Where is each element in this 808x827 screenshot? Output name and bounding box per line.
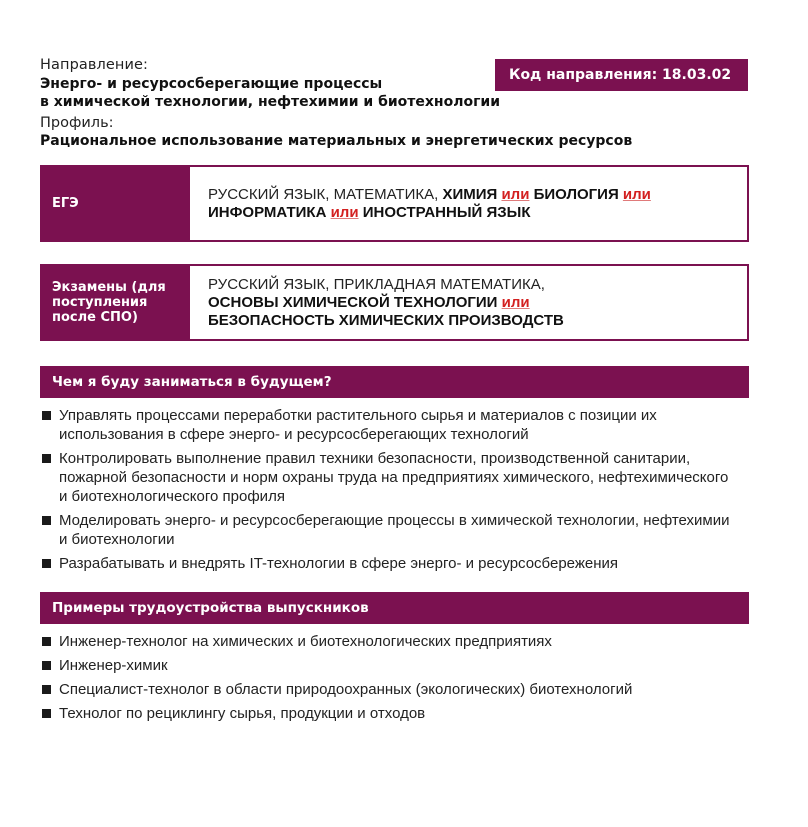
spo-required-subjects: РУССКИЙ ЯЗЫК, ПРИКЛАДНАЯ МАТЕМАТИКА,	[208, 276, 747, 294]
list-item: Разрабатывать и внедрять IT-технологии в…	[40, 554, 740, 573]
ege-subjects: РУССКИЙ ЯЗЫК, МАТЕМАТИКА, ХИМИЯ или БИОЛ…	[190, 167, 747, 240]
profile-label: Профиль:	[40, 115, 114, 131]
square-bullet-icon	[42, 685, 51, 694]
future-activities-list: Управлять процессами переработки растите…	[40, 406, 740, 578]
job-examples-list: Инженер-технолог на химических и биотехн…	[40, 632, 740, 728]
or-word: или	[331, 204, 359, 221]
direction-name-line2: в химической технологии, нефтехимии и би…	[40, 93, 500, 111]
list-item: Инженер-химик	[40, 656, 740, 675]
spo-subjects-line2: ОСНОВЫ ХИМИЧЕСКОЙ ТЕХНОЛОГИИ или	[208, 294, 747, 312]
ege-requirements-box: ЕГЭ РУССКИЙ ЯЗЫК, МАТЕМАТИКА, ХИМИЯ или …	[40, 165, 749, 242]
square-bullet-icon	[42, 516, 51, 525]
square-bullet-icon	[42, 709, 51, 718]
list-item: Управлять процессами переработки растите…	[40, 406, 740, 444]
spo-exams-box: Экзамены (для поступления после СПО) РУС…	[40, 264, 749, 341]
spo-label: Экзамены (для поступления после СПО)	[42, 266, 190, 339]
list-item: Специалист-технолог в области природоохр…	[40, 680, 740, 699]
or-word: или	[502, 294, 530, 311]
list-item: Технолог по рециклингу сырья, продукции …	[40, 704, 740, 723]
subject-foreign-language: ИНОСТРАННЫЙ ЯЗЫК	[363, 204, 531, 221]
direction-name: Энерго- и ресурсосберегающие процессы в …	[40, 75, 500, 111]
subject-chem-tech-basics: ОСНОВЫ ХИМИЧЕСКОЙ ТЕХНОЛОГИИ	[208, 294, 497, 311]
jobs-section-header: Примеры трудоустройства выпускников	[40, 592, 749, 624]
direction-name-line1: Энерго- и ресурсосберегающие процессы	[40, 75, 500, 93]
spo-subjects: РУССКИЙ ЯЗЫК, ПРИКЛАДНАЯ МАТЕМАТИКА, ОСН…	[190, 266, 747, 339]
profile-name: Рациональное использование материальных …	[40, 133, 632, 149]
subject-chem-safety: БЕЗОПАСНОСТЬ ХИМИЧЕСКИХ ПРОИЗВОДСТВ	[208, 312, 564, 329]
square-bullet-icon	[42, 411, 51, 420]
subject-informatics: ИНФОРМАТИКА	[208, 204, 326, 221]
ege-subjects-line1: РУССКИЙ ЯЗЫК, МАТЕМАТИКА, ХИМИЯ или БИОЛ…	[208, 186, 747, 204]
ege-required-subjects: РУССКИЙ ЯЗЫК, МАТЕМАТИКА,	[208, 186, 442, 203]
square-bullet-icon	[42, 454, 51, 463]
ege-subjects-line2: ИНФОРМАТИКА или ИНОСТРАННЫЙ ЯЗЫК	[208, 204, 747, 222]
square-bullet-icon	[42, 637, 51, 646]
list-item: Контролировать выполнение правил техники…	[40, 449, 740, 506]
square-bullet-icon	[42, 559, 51, 568]
direction-code-badge: Код направления: 18.03.02	[495, 59, 748, 91]
list-item: Инженер-технолог на химических и биотехн…	[40, 632, 740, 651]
or-word: или	[501, 186, 529, 203]
square-bullet-icon	[42, 661, 51, 670]
subject-chemistry: ХИМИЯ	[442, 186, 497, 203]
list-item: Моделировать энерго- и ресурсосберегающи…	[40, 511, 740, 549]
or-word: или	[623, 186, 651, 203]
spo-subjects-line3: БЕЗОПАСНОСТЬ ХИМИЧЕСКИХ ПРОИЗВОДСТВ	[208, 312, 747, 330]
ege-label: ЕГЭ	[42, 167, 190, 240]
subject-biology: БИОЛОГИЯ	[534, 186, 619, 203]
future-section-header: Чем я буду заниматься в будущем?	[40, 366, 749, 398]
direction-label: Направление:	[40, 57, 148, 73]
